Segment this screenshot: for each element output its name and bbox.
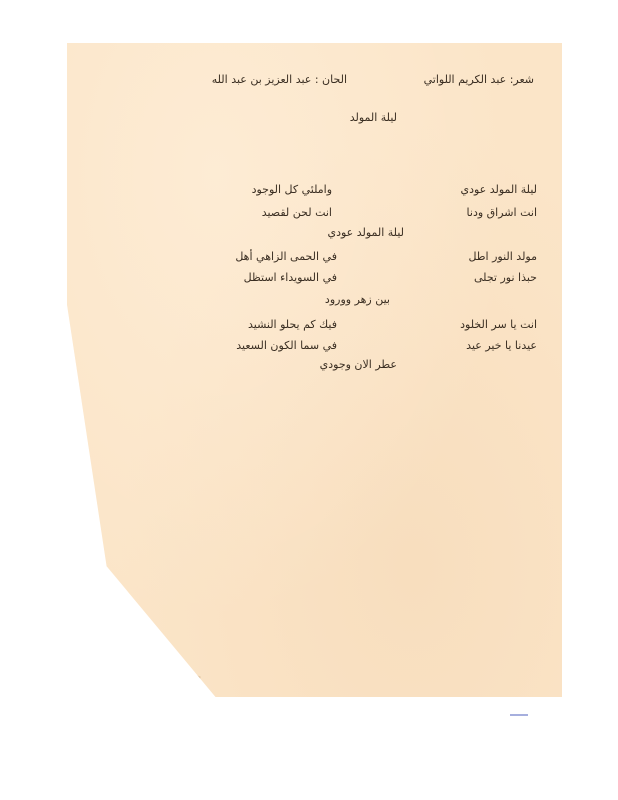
refrain-line: ليلة المولد عودي <box>327 226 404 239</box>
poet-credit: شعر: عبد الكريم اللواتي <box>424 73 534 86</box>
verse-line-right: ليلة المولد عودي <box>460 183 537 196</box>
verse-line-right: حبذا نور تجلى <box>474 271 537 284</box>
verse-line-left: فيك كم يحلو النشيد <box>248 318 337 331</box>
verse-line-left: في سما الكون السعيد <box>236 339 337 352</box>
verse-line-left: انت لحن لقصيد <box>262 206 332 219</box>
composer-credit: الحان : عبد العزيز بن عبد الله <box>212 73 347 86</box>
scan-mark <box>510 714 528 716</box>
verse-line-right: مولد النور اطل <box>468 250 537 263</box>
verse-line-left: في الحمى الزاهي أهل <box>235 250 337 263</box>
verse-line-right: انت يا سر الخلود <box>460 318 537 331</box>
refrain-line: بين زهر وورود <box>325 293 390 306</box>
verse-line-right: انت اشراق ودنا <box>467 206 537 219</box>
verse-line-left: واملئي كل الوجود <box>252 183 332 196</box>
paper-crease <box>117 643 201 679</box>
verse-line-left: في السويداء استظل <box>244 271 337 284</box>
song-title: ليلة المولد <box>350 111 397 124</box>
verse-line-right: عيدنا يا خير عيد <box>466 339 537 352</box>
refrain-line: عطر الان وجودي <box>320 358 397 371</box>
paper-page: شعر: عبد الكريم اللواتي الحان : عبد العز… <box>67 43 562 697</box>
